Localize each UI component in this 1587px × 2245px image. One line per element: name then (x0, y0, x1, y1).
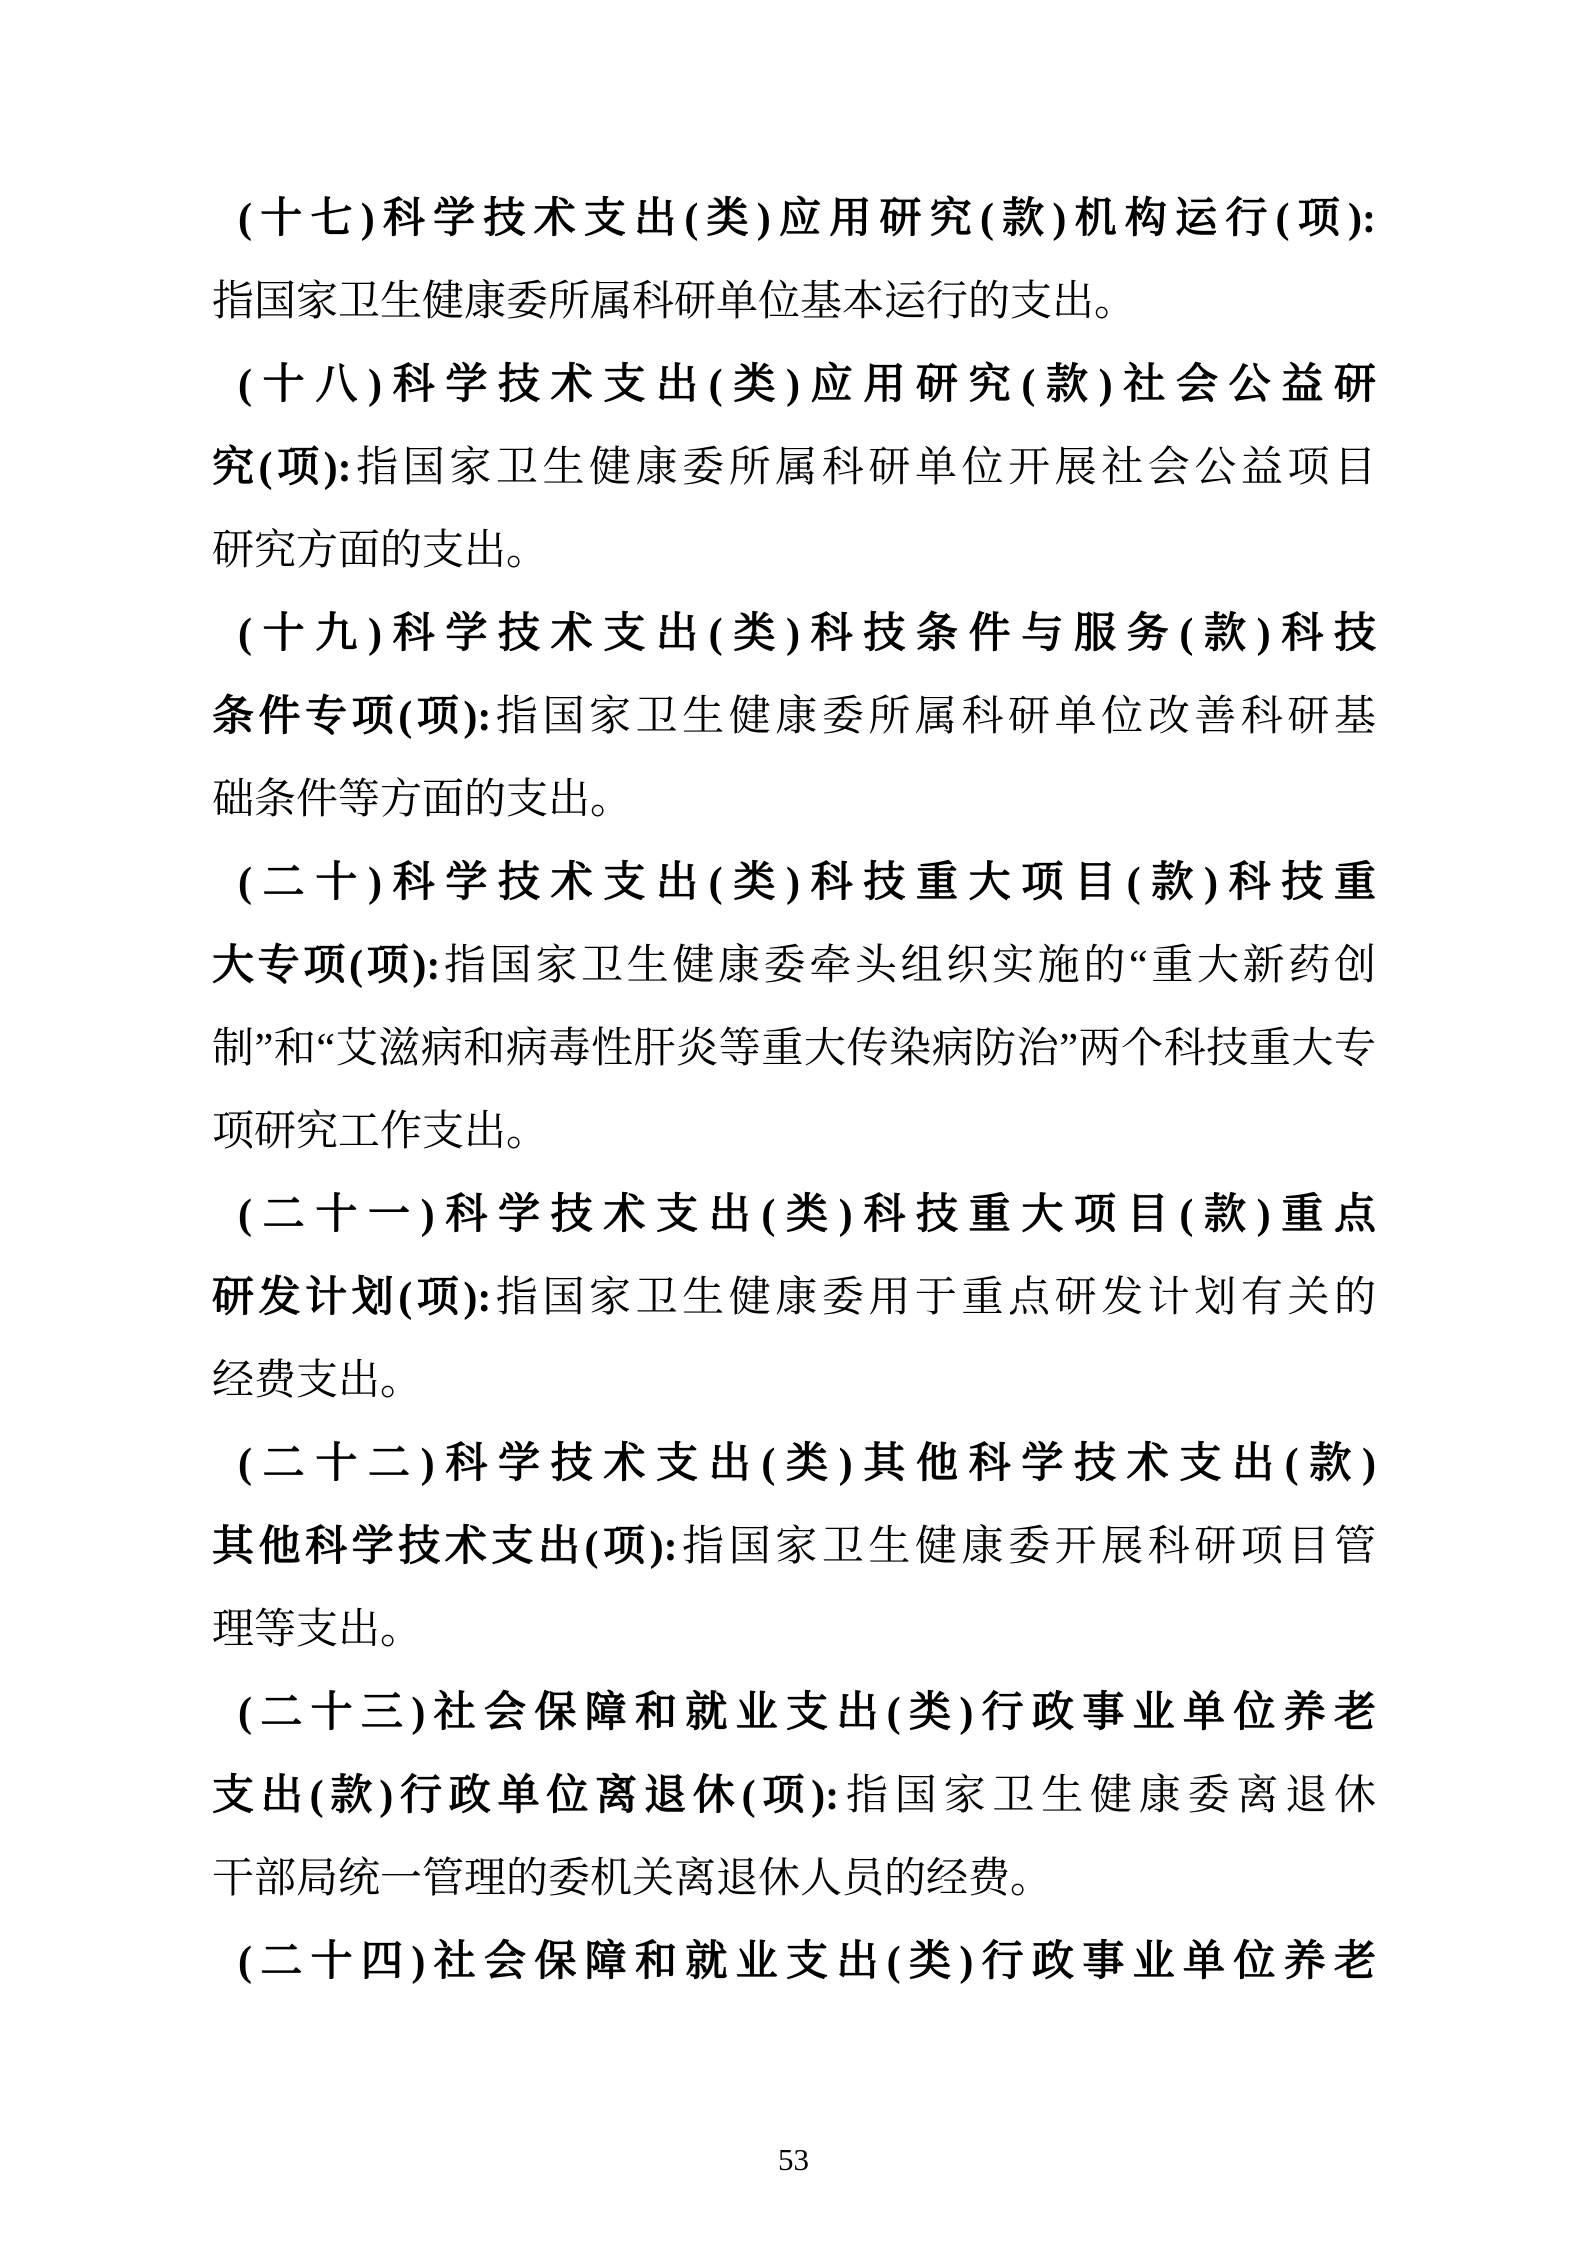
clause-23-line-1: (二十三)社会保障和就业支出(类)行政事业单位养老 (212, 1672, 1376, 1755)
clause-22-line-2: 其他科学技术支出(项):指国家卫生健康委开展科研项目管 (212, 1506, 1376, 1589)
clause-20-lead: (二十)科学技术支出(类)科技重大项目(款)科技重 (238, 860, 1376, 906)
clause-20-line-2: 大专项(项):指国家卫生健康委牵头组织实施的“重大新药创 (212, 925, 1376, 1008)
clause-23-text: 指国家卫生健康委离退休 (839, 1773, 1376, 1819)
clause-18-lead: 究(项): (212, 445, 352, 491)
clause-17-line-1: (十七)科学技术支出(类)应用研究(款)机构运行(项): (212, 178, 1376, 261)
clause-18-text: 指国家卫生健康委所属科研单位开展社会公益项目 (352, 445, 1376, 491)
clause-20-line-4: 项研究工作支出。 (212, 1091, 1376, 1174)
clause-23-text: 干部局统一管理的委机关离退休人员的经费。 (212, 1856, 1052, 1902)
clause-19-line-3: 础条件等方面的支出。 (212, 759, 1376, 842)
clause-22-text: 指国家卫生健康委开展科研项目管 (678, 1524, 1376, 1570)
clause-22-lead: 其他科学技术支出(项): (212, 1524, 678, 1570)
clause-17-lead: (十七)科学技术支出(类)应用研究(款)机构运行(项): (238, 196, 1376, 242)
clause-22-text: 理等支出。 (212, 1607, 422, 1653)
clause-21-text: 指国家卫生健康委用于重点研发计划有关的 (491, 1275, 1376, 1321)
clause-22-line-3: 理等支出。 (212, 1589, 1376, 1672)
clause-22-lead: (二十二)科学技术支出(类)其他科学技术支出(款) (238, 1441, 1376, 1487)
clause-18-line-3: 研究方面的支出。 (212, 510, 1376, 593)
clause-21-text: 经费支出。 (212, 1358, 422, 1404)
clause-20-text: 制”和“艾滋病和病毒性肝炎等重大传染病防治”两个科技重大专 (212, 1026, 1376, 1072)
clause-20-line-3: 制”和“艾滋病和病毒性肝炎等重大传染病防治”两个科技重大专 (212, 1008, 1376, 1091)
clause-21-line-1: (二十一)科学技术支出(类)科技重大项目(款)重点 (212, 1174, 1376, 1257)
document-content: (十七)科学技术支出(类)应用研究(款)机构运行(项): 指国家卫生健康委所属科… (212, 178, 1376, 2004)
clause-18-lead: (十八)科学技术支出(类)应用研究(款)社会公益研 (238, 362, 1376, 408)
clause-24-line-1: (二十四)社会保障和就业支出(类)行政事业单位养老 (212, 1921, 1376, 2004)
clause-19-text: 指国家卫生健康委所属科研单位改善科研基 (491, 694, 1376, 740)
document-page: (十七)科学技术支出(类)应用研究(款)机构运行(项): 指国家卫生健康委所属科… (0, 0, 1587, 2245)
clause-21-lead: 研发计划(项): (212, 1275, 491, 1321)
clause-20-line-1: (二十)科学技术支出(类)科技重大项目(款)科技重 (212, 842, 1376, 925)
clause-19-lead: 条件专项(项): (212, 694, 491, 740)
clause-18-line-1: (十八)科学技术支出(类)应用研究(款)社会公益研 (212, 344, 1376, 427)
clause-20-text: 指国家卫生健康委牵头组织实施的“重大新药创 (440, 943, 1376, 989)
clause-21-line-2: 研发计划(项):指国家卫生健康委用于重点研发计划有关的 (212, 1257, 1376, 1340)
clause-17-text: 指国家卫生健康委所属科研单位基本运行的支出。 (212, 279, 1136, 325)
clause-17-line-2: 指国家卫生健康委所属科研单位基本运行的支出。 (212, 261, 1376, 344)
clause-23-lead: (二十三)社会保障和就业支出(类)行政事业单位养老 (238, 1690, 1376, 1736)
clause-19-line-2: 条件专项(项):指国家卫生健康委所属科研单位改善科研基 (212, 676, 1376, 759)
clause-22-line-1: (二十二)科学技术支出(类)其他科学技术支出(款) (212, 1423, 1376, 1506)
clause-19-lead: (十九)科学技术支出(类)科技条件与服务(款)科技 (238, 611, 1376, 657)
clause-20-lead: 大专项(项): (212, 943, 440, 989)
clause-21-line-3: 经费支出。 (212, 1340, 1376, 1423)
clause-23-lead: 支出(款)行政单位离退休(项): (212, 1773, 839, 1819)
clause-19-text: 础条件等方面的支出。 (212, 777, 632, 823)
clause-21-lead: (二十一)科学技术支出(类)科技重大项目(款)重点 (238, 1192, 1376, 1238)
clause-23-line-2: 支出(款)行政单位离退休(项):指国家卫生健康委离退休 (212, 1755, 1376, 1838)
clause-18-text: 研究方面的支出。 (212, 528, 548, 574)
clause-20-text: 项研究工作支出。 (212, 1109, 548, 1155)
page-number: 53 (0, 2143, 1587, 2177)
clause-23-line-3: 干部局统一管理的委机关离退休人员的经费。 (212, 1838, 1376, 1921)
clause-24-lead: (二十四)社会保障和就业支出(类)行政事业单位养老 (238, 1939, 1376, 1985)
clause-18-line-2: 究(项):指国家卫生健康委所属科研单位开展社会公益项目 (212, 427, 1376, 510)
clause-19-line-1: (十九)科学技术支出(类)科技条件与服务(款)科技 (212, 593, 1376, 676)
